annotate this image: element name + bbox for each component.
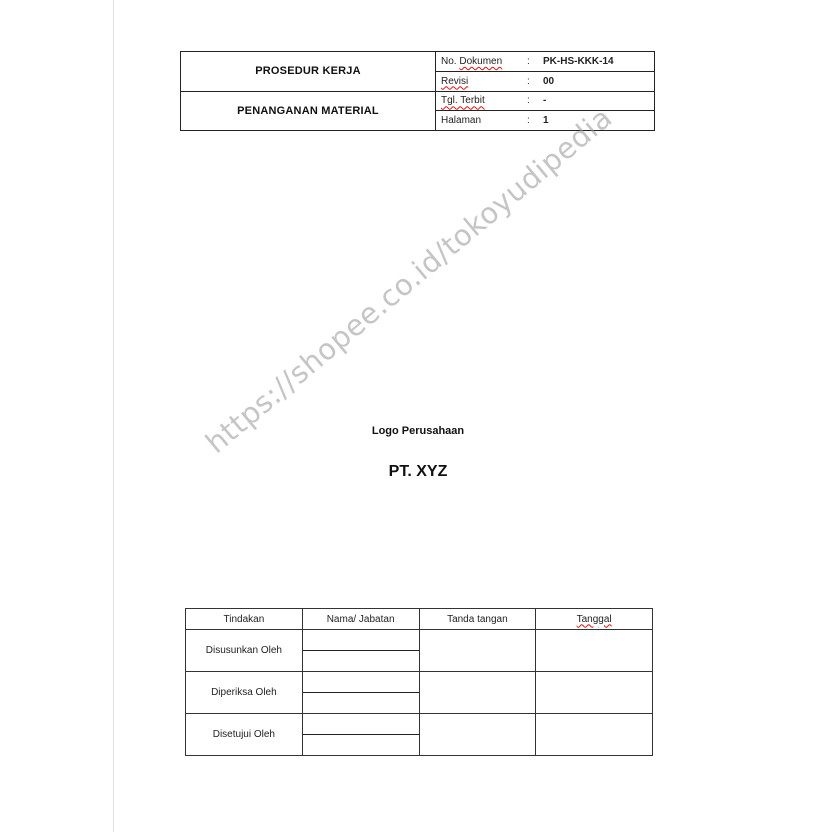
field-revision: Revisi : 00: [436, 71, 654, 91]
field-label: Halaman: [436, 115, 527, 126]
col-header-text: Nama/ Jabatan: [327, 614, 395, 625]
doc-type-title: PROSEDUR KERJA: [181, 52, 435, 91]
field-issue-date: Tgl. Terbit : -: [436, 91, 654, 111]
name-title-cell[interactable]: [302, 630, 419, 672]
title-field[interactable]: [303, 692, 419, 713]
title-field[interactable]: [303, 650, 419, 671]
action-cell: Diperiksa Oleh: [186, 672, 303, 714]
table-row: Disusunkan Oleh: [186, 630, 653, 672]
field-page: Halaman : 1: [436, 110, 654, 130]
approval-table: Tindakan Nama/ Jabatan Tanda tangan Tang…: [185, 608, 653, 756]
approval-header-row: Tindakan Nama/ Jabatan Tanda tangan Tang…: [186, 609, 653, 630]
name-field[interactable]: [303, 714, 419, 734]
field-label: No. Dokumen: [436, 56, 527, 67]
field-doc-number: No. Dokumen : PK-HS-KKK-14: [436, 52, 654, 71]
col-header-action: Tindakan: [186, 609, 303, 630]
signature-cell[interactable]: [419, 714, 536, 756]
header-fields: No. Dokumen : PK-HS-KKK-14 Revisi : 00 T…: [436, 52, 654, 130]
field-label-word: Dokumen: [459, 56, 502, 67]
col-header-name-title: Nama/ Jabatan: [302, 609, 419, 630]
date-cell[interactable]: [536, 714, 653, 756]
field-label: Revisi: [436, 76, 527, 87]
table-row: Disetujui Oleh: [186, 714, 653, 756]
name-field[interactable]: [303, 672, 419, 692]
action-cell: Disetujui Oleh: [186, 714, 303, 756]
signature-cell[interactable]: [419, 672, 536, 714]
title-field[interactable]: [303, 734, 419, 755]
field-value: PK-HS-KKK-14: [543, 56, 654, 67]
field-value: 1: [543, 115, 654, 126]
action-label: Disetujui Oleh: [213, 729, 275, 740]
field-colon: :: [527, 76, 543, 87]
table-row: Diperiksa Oleh: [186, 672, 653, 714]
col-header-signature: Tanda tangan: [419, 609, 536, 630]
company-name: PT. XYZ: [0, 463, 832, 481]
field-value: 00: [543, 76, 654, 87]
name-title-cell[interactable]: [302, 672, 419, 714]
action-label: Diperiksa Oleh: [211, 687, 277, 698]
logo-placeholder-label: Logo Perusahaan: [0, 425, 832, 437]
col-header-text: Tanggal: [577, 614, 612, 625]
page-left-edge: [113, 0, 114, 832]
col-header-date: Tanggal: [536, 609, 653, 630]
name-title-cell[interactable]: [302, 714, 419, 756]
doc-subject-title: PENANGANAN MATERIAL: [181, 91, 435, 131]
field-value: -: [543, 95, 654, 106]
field-label-text: Tgl. Terbit: [441, 95, 485, 106]
date-cell[interactable]: [536, 630, 653, 672]
header-title-block: PROSEDUR KERJA PENANGANAN MATERIAL: [181, 52, 436, 130]
watermark-text: https://shopee.co.id/tokoyudipedia: [199, 100, 619, 460]
document-header-table: PROSEDUR KERJA PENANGANAN MATERIAL No. D…: [180, 51, 655, 131]
field-colon: :: [527, 56, 543, 67]
action-cell: Disusunkan Oleh: [186, 630, 303, 672]
field-label: Tgl. Terbit: [436, 95, 527, 106]
name-field[interactable]: [303, 630, 419, 650]
action-label: Disusunkan Oleh: [206, 645, 282, 656]
date-cell[interactable]: [536, 672, 653, 714]
field-colon: :: [527, 95, 543, 106]
field-colon: :: [527, 115, 543, 126]
signature-cell[interactable]: [419, 630, 536, 672]
